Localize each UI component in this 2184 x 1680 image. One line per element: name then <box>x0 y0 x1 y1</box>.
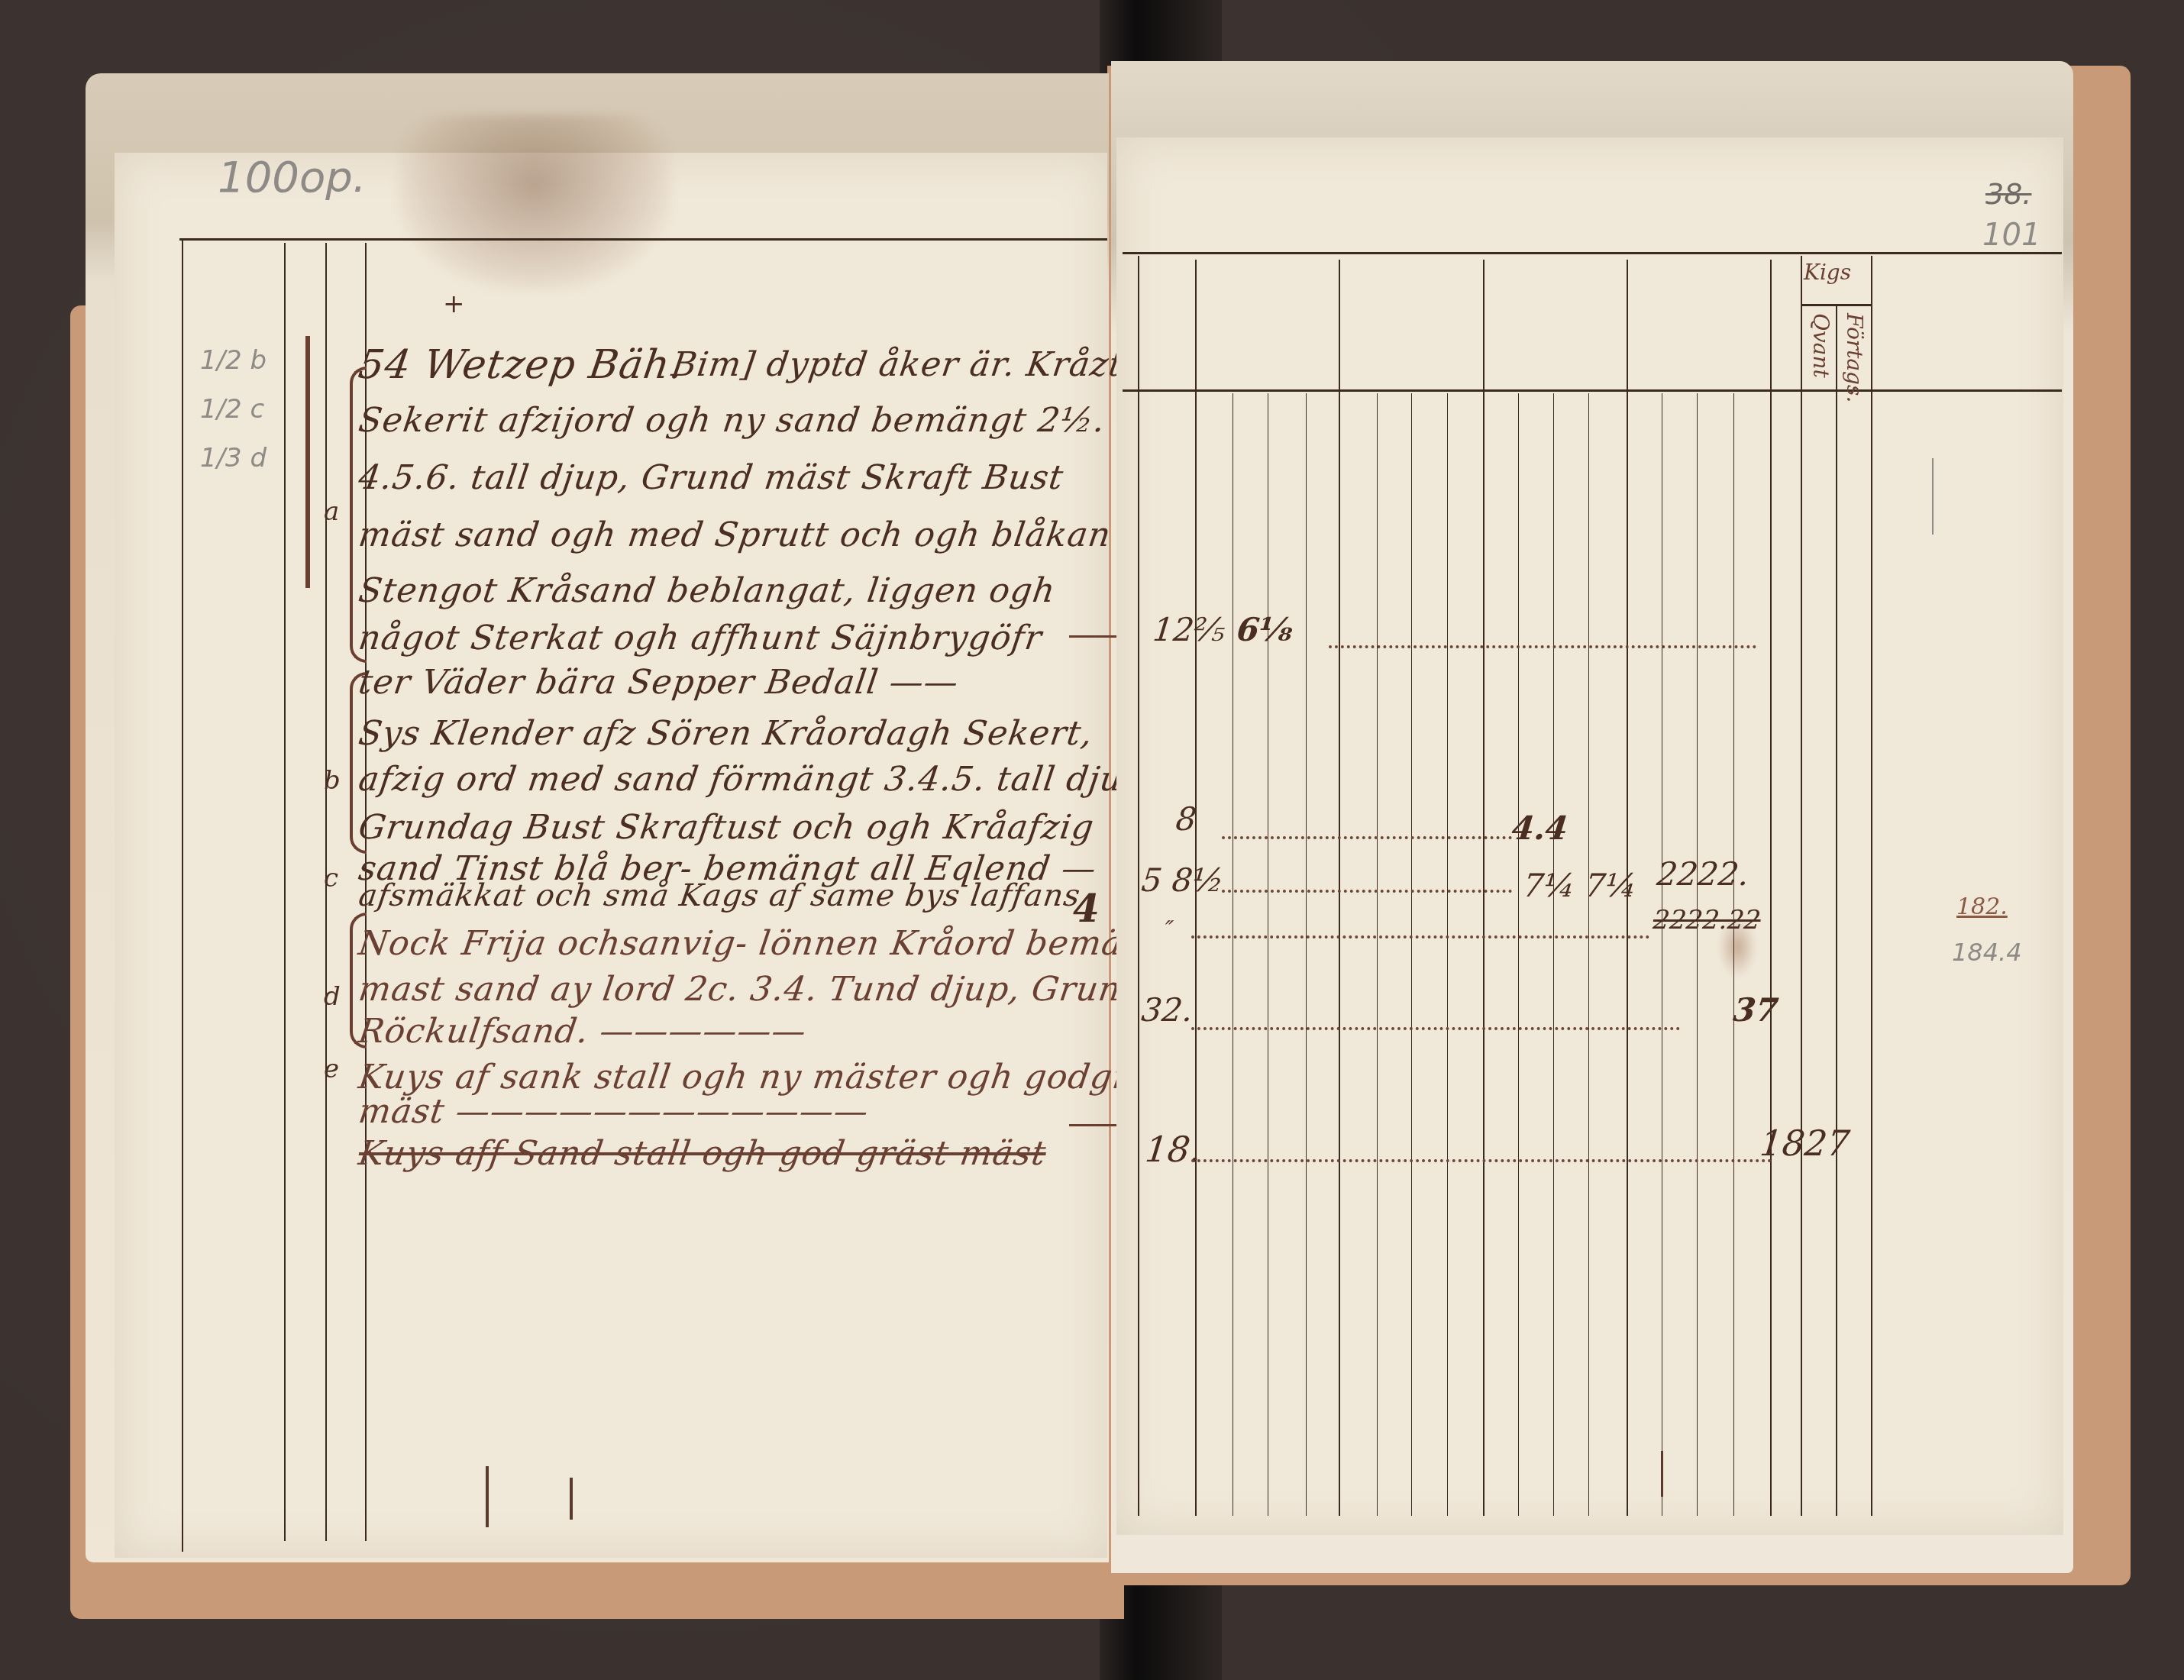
column-header-sub-right: Förtags. <box>1842 313 1867 402</box>
ink-tick <box>486 1466 489 1527</box>
ledger-row-3-mid: 7¼ 7¼ <box>1521 867 1638 904</box>
folio-struck: 38. <box>1985 177 2031 211</box>
ledger-subcol-rule <box>1447 393 1448 1516</box>
ledger-subcol-rule <box>1411 393 1412 1516</box>
ditto-marks-row-3 <box>1222 890 1512 894</box>
ledger-subcol-rule <box>1268 393 1268 1516</box>
entry-line: 54 Wetzep Bäh. <box>356 342 687 388</box>
left-top-rule <box>179 238 1107 241</box>
entry-line: något Sterkat ogh affhunt Säjnbrygöfr <box>356 619 1044 657</box>
entry-line: ter Väder bära Sepper Bedall —— <box>356 663 961 702</box>
ledger-row-5-end: 37 <box>1731 991 1780 1029</box>
ledger-subcol-rule <box>1733 393 1734 1516</box>
ditto-marks-row-6 <box>1191 1159 1772 1164</box>
entry-line: Nock Frija ochsanvig- lönnen Kråord bemä… <box>356 924 1184 963</box>
entry-line: Grundag Bust Skraftust och ogh Kråafzig <box>356 808 1097 847</box>
left-margin-rule-1 <box>182 238 183 1552</box>
ledger-subcol-rule <box>1233 393 1233 1516</box>
entry-line: mast sand ay lord 2c. 3.4. Tund djup, Gr… <box>356 970 1146 1009</box>
entry-label-c: c <box>324 863 338 893</box>
margin-total-ink: 182. <box>1956 893 2008 920</box>
corner-mark: + <box>443 289 465 319</box>
column-header-sub-left: Qvant <box>1808 313 1833 378</box>
ledger-row-2-first: 8 <box>1174 800 1198 838</box>
ledger-row-4-end-struck: 2222.22 <box>1652 905 1762 935</box>
ledger-row-1-first: 12⅖ <box>1151 611 1226 648</box>
ledger-col-rule <box>1483 260 1485 1516</box>
ink-tick <box>1661 1451 1663 1497</box>
entry-label-e: e <box>324 1054 339 1084</box>
pencil-margin-notes: 1/2 b 1/2 c 1/3 d <box>200 336 267 483</box>
entry-line: afzig ord med sand förmängt 3.4.5. tall … <box>356 760 1147 799</box>
folio-pencil: 101 <box>1982 218 2040 253</box>
entry-line: afsmäkkat och små Kags af same bys laffa… <box>357 878 1083 913</box>
entry-line: 4.5.6. tall djup, Grund mäst Skraft Bust <box>356 458 1066 497</box>
entry-line: mäst ———————————— <box>356 1092 871 1131</box>
ledger-subcol-rule <box>1306 393 1307 1516</box>
right-header-bottom-rule <box>1123 389 2062 392</box>
ledger-col-rule <box>1138 256 1139 1516</box>
ledger-col-rule <box>1770 260 1772 1516</box>
column-header-top: Kigs <box>1804 260 1851 285</box>
ditto-marks-row-4 <box>1191 935 1649 940</box>
pencil-tick <box>1932 458 1934 535</box>
margin-bracket <box>305 336 310 588</box>
ledger-subcol-rule <box>1588 393 1589 1516</box>
left-margin-rule-2 <box>284 243 286 1541</box>
ledger-subcol-rule <box>1662 393 1662 1516</box>
entry-line: Sys Klender afz Sören Kråordagh Sekert, <box>356 714 1095 753</box>
entry-line: Sekerit afzijord ogh ny sand bemängt 2½. <box>356 401 1107 440</box>
struck-entry-line: Kuys aff Sand stall ogh god gräst mäst <box>356 1134 1048 1173</box>
entry-line: mäst sand ogh med Sprutt och ogh blåkan <box>356 515 1113 554</box>
margin-total-pencil: 184.4 <box>1952 938 2022 967</box>
ditto-marks-row-5 <box>1191 1027 1680 1032</box>
ledger-row-6-end: 1827 <box>1758 1123 1852 1164</box>
ditto-marks-row-1 <box>1329 645 1756 650</box>
ledger-subcol-rule <box>1377 393 1378 1516</box>
ledger-subcol-rule <box>1518 393 1519 1516</box>
pencil-folio-left: 100op. <box>218 153 367 202</box>
ledger-subcol-rule <box>1553 393 1554 1516</box>
ledger-row-1-second: 6⅛ <box>1235 611 1294 648</box>
ledger-row-3-first: 5 8½ <box>1139 861 1226 899</box>
entry-label-d: d <box>324 981 341 1012</box>
right-top-rule <box>1123 252 2062 254</box>
entry-line: Kuys af sank stall ogh ny mäster ogh god… <box>356 1058 1185 1097</box>
ledger-col-rule <box>1801 256 1802 1516</box>
entry-label-b: b <box>324 765 341 796</box>
ledger-subcol-rule <box>1697 393 1698 1516</box>
ledger-row-3-end: 2222. <box>1655 855 1750 893</box>
entry-label-a: a <box>324 496 339 527</box>
ledger-col-rule <box>1339 260 1340 1516</box>
ink-tick <box>570 1478 573 1520</box>
entry-line: Stengot Kråsand beblangat, liggen ogh <box>356 571 1058 610</box>
ledger-row-2-mid: 4.4 <box>1510 809 1569 847</box>
entry-line: Röckulfsand. —————— <box>356 1012 809 1051</box>
ledger-col-rule <box>1836 305 1837 1516</box>
ledger-row-5-first: 32. <box>1139 991 1194 1029</box>
water-stain <box>397 115 672 290</box>
ditto-marks-row-2 <box>1222 836 1512 841</box>
ledger-col-rule <box>1871 256 1872 1516</box>
